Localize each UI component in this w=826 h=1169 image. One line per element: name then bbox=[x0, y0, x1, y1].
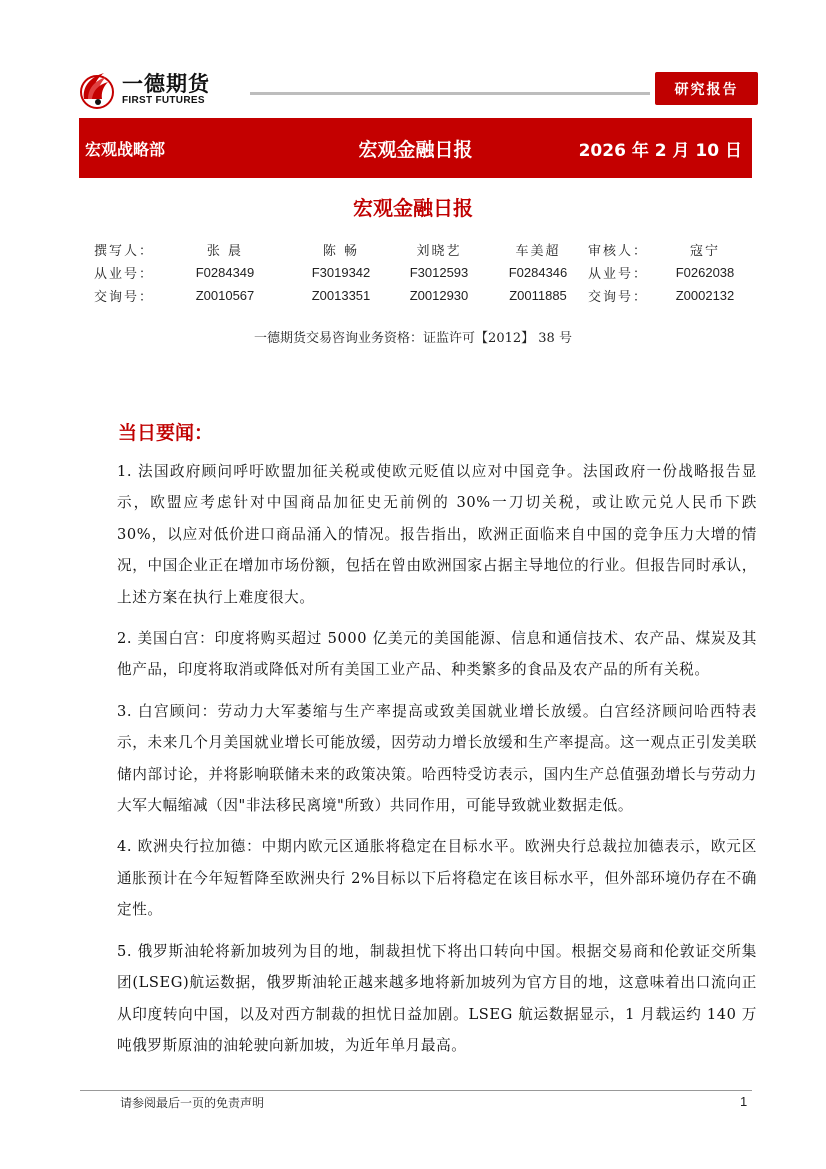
section-heading: 当日要闻： bbox=[118, 418, 213, 445]
news-item: 5. 俄罗斯油轮将新加坡列为目的地，制裁担忧下将出口转向中国。根据交易商和伦敦证… bbox=[117, 936, 757, 1062]
news-list: 1. 法国政府顾问呼吁欧盟加征关税或使欧元贬值以应对中国竞争。法国政府一份战略报… bbox=[117, 456, 757, 1071]
reviewer-label: 审核人： bbox=[588, 240, 656, 259]
writer-label: 撰写人： bbox=[94, 240, 158, 259]
authors-row-consult: 交询号： Z0010567 Z0013351 Z0012930 Z0011885… bbox=[94, 284, 754, 307]
reviewer-consult: Z0002132 bbox=[656, 288, 754, 303]
flame-logo-icon bbox=[76, 69, 118, 111]
reviewer-name: 寇宁 bbox=[656, 240, 754, 259]
consult-label: 交询号： bbox=[94, 286, 158, 305]
report-date: 2026 年 2 月 10 日 bbox=[579, 136, 742, 161]
document-title: 宏观金融日报 bbox=[0, 192, 826, 221]
report-banner: 宏观战略部 宏观金融日报 2026 年 2 月 10 日 bbox=[79, 118, 752, 178]
writer-cert: F3012593 bbox=[390, 265, 488, 280]
writer-consult: Z0011885 bbox=[488, 288, 588, 303]
writer-name: 刘晓艺 bbox=[390, 240, 488, 259]
authors-table: 撰写人： 张 晨 陈 畅 刘晓艺 车美超 审核人： 寇宁 从业号： F02843… bbox=[94, 238, 754, 307]
writer-name: 车美超 bbox=[488, 240, 588, 259]
authors-row-writers: 撰写人： 张 晨 陈 畅 刘晓艺 车美超 审核人： 寇宁 bbox=[94, 238, 754, 261]
writer-consult: Z0010567 bbox=[158, 288, 292, 303]
news-item: 1. 法国政府顾问呼吁欧盟加征关税或使欧元贬值以应对中国竞争。法国政府一份战略报… bbox=[117, 456, 757, 613]
logo-chinese-name: 一德期货 bbox=[122, 73, 210, 95]
writer-cert: F0284346 bbox=[488, 265, 588, 280]
report-type-tag: 研究报告 bbox=[655, 72, 758, 105]
license-statement: 一德期货交易咨询业务资格：证监许可【2012】 38 号 bbox=[0, 327, 826, 346]
page-number: 1 bbox=[740, 1094, 747, 1109]
writer-name: 陈 畅 bbox=[292, 240, 390, 259]
disclaimer-note: 请参阅最后一页的免责声明 bbox=[120, 1094, 264, 1111]
writer-consult: Z0013351 bbox=[292, 288, 390, 303]
company-logo: 一德期货 FIRST FUTURES bbox=[76, 68, 256, 112]
writer-name: 张 晨 bbox=[158, 240, 292, 259]
news-item: 3. 白宫顾问：劳动力大军萎缩与生产率提高或致美国就业增长放缓。白宫经济顾问哈西… bbox=[117, 696, 757, 822]
news-item: 2. 美国白宫：印度将购买超过 5000 亿美元的美国能源、信息和通信技术、农产… bbox=[117, 623, 757, 686]
cert-label: 从业号： bbox=[94, 263, 158, 282]
consult-label: 交询号： bbox=[588, 286, 656, 305]
authors-row-cert: 从业号： F0284349 F3019342 F3012593 F0284346… bbox=[94, 261, 754, 284]
reviewer-cert: F0262038 bbox=[656, 265, 754, 280]
writer-cert: F0284349 bbox=[158, 265, 292, 280]
writer-cert: F3019342 bbox=[292, 265, 390, 280]
news-item: 4. 欧洲央行拉加德：中期内欧元区通胀将稳定在目标水平。欧洲央行总裁拉加德表示，… bbox=[117, 831, 757, 925]
footer-divider bbox=[80, 1090, 752, 1091]
logo-english-name: FIRST FUTURES bbox=[122, 95, 210, 107]
writer-consult: Z0012930 bbox=[390, 288, 488, 303]
header-divider bbox=[250, 92, 650, 95]
cert-label: 从业号： bbox=[588, 263, 656, 282]
